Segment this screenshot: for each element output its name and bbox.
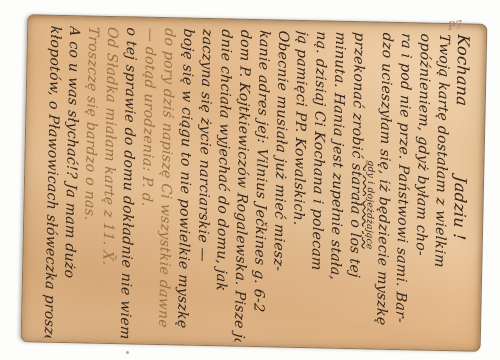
scan-background: Kochana Jadziu !Twoją kartę dostałam z w… xyxy=(0,0,500,360)
dust-speck xyxy=(126,351,129,354)
handwriting-text: Kochana Jadziu !Twoją kartę dostałam z w… xyxy=(38,26,474,347)
catalog-mark-p7: P7 xyxy=(447,18,463,33)
postcard: Kochana Jadziu !Twoją kartę dostałam z w… xyxy=(21,14,488,352)
